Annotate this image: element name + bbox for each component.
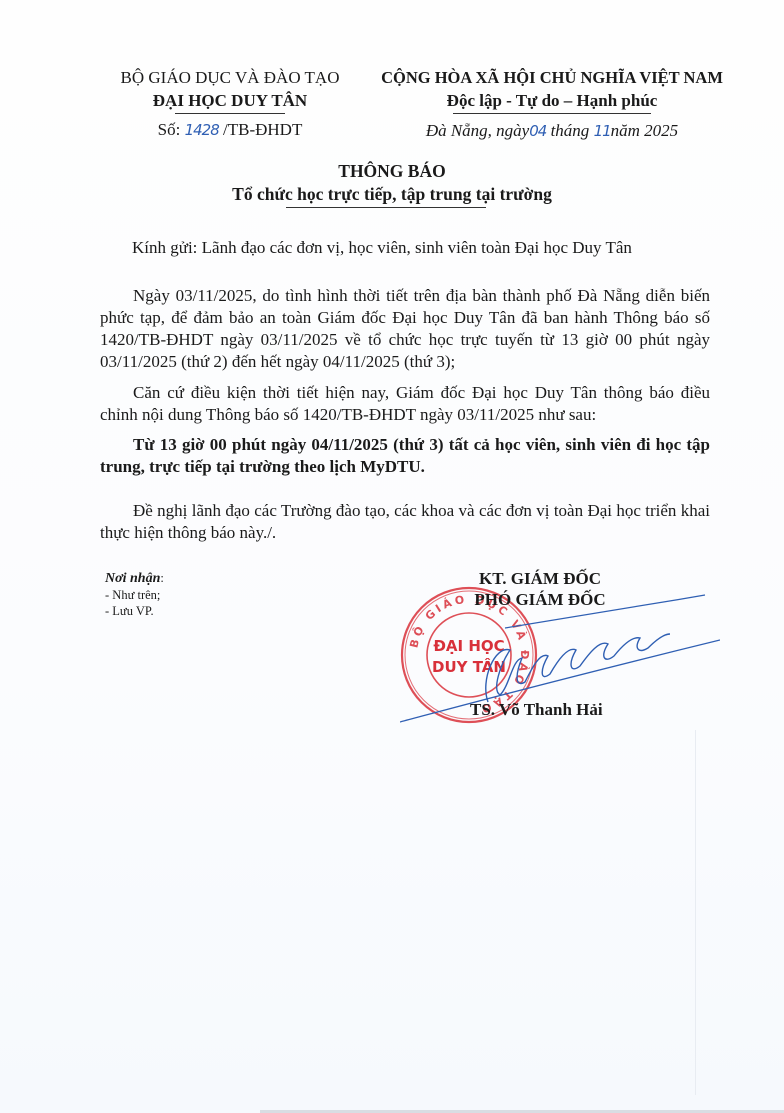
recipients-block: Nơi nhận: - Như trên; - Lưu VP.	[105, 570, 164, 619]
recipient-item: - Như trên;	[105, 587, 164, 603]
year-text: năm 2025	[611, 121, 679, 140]
paragraph-3-highlight: Từ 13 giờ 00 phút ngày 04/11/2025 (thứ 3…	[100, 434, 710, 478]
header-right: CỘNG HÒA XÃ HỘI CHỦ NGHĨA VIỆT NAM Độc l…	[368, 66, 736, 143]
paragraph-1: Ngày 03/11/2025, do tình hình thời tiết …	[100, 285, 710, 373]
scan-edge	[695, 730, 696, 1095]
header-left-rule	[175, 113, 285, 114]
national-motto: Độc lập - Tự do – Hạnh phúc	[368, 89, 736, 112]
paragraph-4: Đề nghị lãnh đạo các Trường đào tạo, các…	[100, 500, 710, 544]
signature-line-1: KT. GIÁM ĐỐC	[440, 568, 640, 589]
document-number: Số: 1428 /TB-ĐHDT	[100, 118, 360, 142]
university-name: ĐẠI HỌC DUY TÂN	[100, 89, 360, 112]
title-subtitle: Tổ chức học trực tiếp, tập trung tại trư…	[0, 183, 784, 206]
nation-name: CỘNG HÒA XÃ HỘI CHỦ NGHĨA VIỆT NAM	[368, 66, 736, 89]
number-handwritten: 1428	[185, 121, 219, 139]
number-suffix: /TB-ĐHDT	[223, 120, 302, 139]
recipients-label: Nơi nhận	[105, 571, 160, 586]
recipient-item: - Lưu VP.	[105, 603, 164, 619]
day-handwritten: 04	[529, 122, 546, 140]
ministry-name: BỘ GIÁO DỤC VÀ ĐÀO TẠO	[100, 66, 360, 89]
title-rule	[286, 207, 486, 208]
document-page: BỘ GIÁO DỤC VÀ ĐÀO TẠO ĐẠI HỌC DUY TÂN S…	[0, 0, 784, 1113]
header-left: BỘ GIÁO DỤC VÀ ĐÀO TẠO ĐẠI HỌC DUY TÂN S…	[100, 66, 360, 142]
recipient-line: Kính gửi: Lãnh đạo các đơn vị, học viên,…	[132, 238, 632, 258]
date-prefix: Đà Nẵng, ngày	[426, 121, 529, 140]
recipients-colon: :	[160, 571, 163, 585]
document-body: Ngày 03/11/2025, do tình hình thời tiết …	[100, 285, 710, 552]
month-label: tháng	[551, 121, 590, 140]
signer-name: TS. Võ Thanh Hải	[470, 700, 603, 720]
number-label: Số:	[158, 120, 181, 139]
title-main: THÔNG BÁO	[0, 160, 784, 183]
document-title: THÔNG BÁO Tổ chức học trực tiếp, tập tru…	[0, 160, 784, 208]
header-right-rule	[453, 113, 651, 114]
paragraph-2: Căn cứ điều kiện thời tiết hiện nay, Giá…	[100, 382, 710, 426]
document-date: Đà Nẵng, ngày04 tháng 11năm 2025	[368, 119, 736, 143]
month-handwritten: 11	[594, 122, 611, 140]
